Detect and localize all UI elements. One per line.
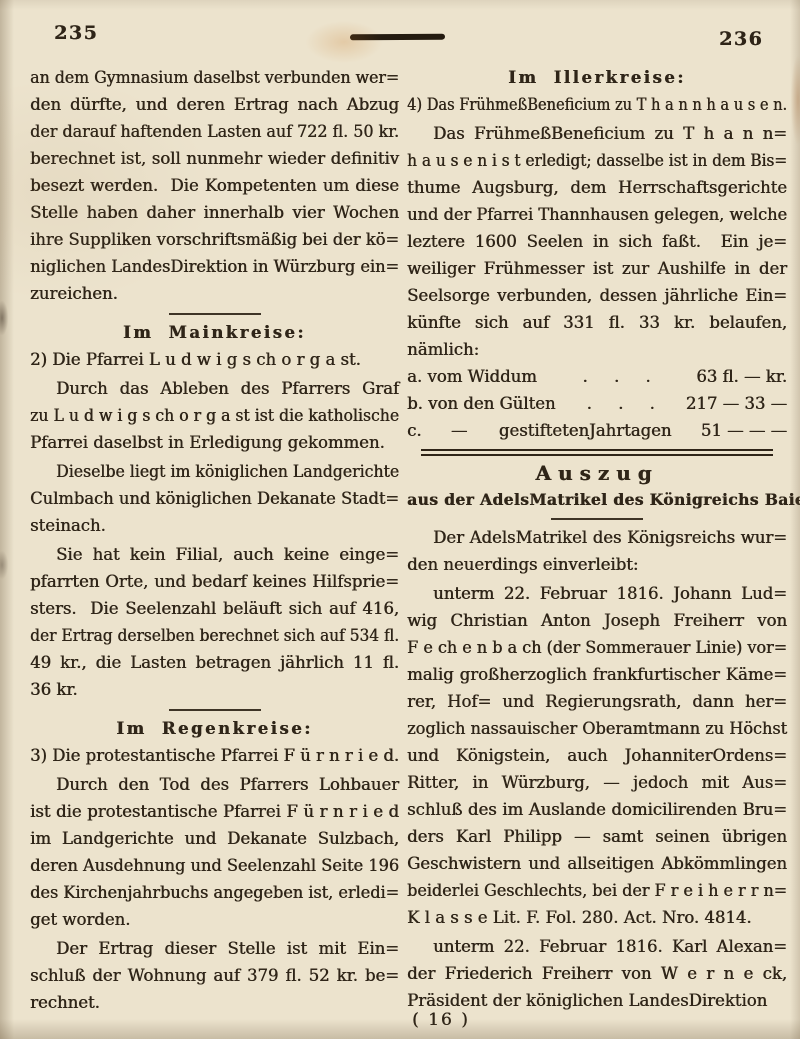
text-line-content: pfarrten Orte, und bedarf keines Hilfspr…: [30, 572, 399, 591]
entry-title-text: 3) Die protestantische Pfarrei F ü r n r…: [30, 742, 399, 769]
column-left: an dem Gymnasium daselbst verbunden wer=…: [30, 64, 399, 1016]
text-line: im Landgerichte und Dekanate Sulzbach,: [30, 825, 399, 852]
text-line-content: beiderlei Geschlechts, bei der F r e i h…: [407, 877, 787, 904]
text-line-content: ist die protestantische Pfarrei F ü r n …: [30, 802, 399, 821]
text-line: ist die protestantische Pfarrei F ü r n …: [30, 798, 399, 825]
text-line: get worden.: [30, 906, 399, 933]
entry-title: 2) Die Pfarrei L u d w i g s ch o r g a …: [30, 346, 399, 373]
text-line: den neuerdings einverleibt:: [407, 551, 787, 578]
text-line: an dem Gymnasium daselbst verbunden wer=: [30, 64, 399, 91]
table-row: a. vom Widdum. . .63 fl. — kr.: [407, 363, 787, 390]
text-line: h a u s e n i s t erledigt; dasselbe ist…: [407, 147, 787, 174]
text-line: Das FrühmeßBeneficium zu T h a n n=: [407, 120, 787, 147]
text-line: besezt werden. Die Kompetenten um diese: [30, 172, 399, 199]
header-rule: [350, 34, 445, 41]
paragraph: Der Ertrag dieser Stelle ist mit Ein=sch…: [30, 935, 399, 1016]
text-line-content: Pfarrei daselbst in Erledigung gekommen.: [30, 433, 385, 452]
table-row: b. von den Gülten. . .217 — 33 —: [407, 390, 787, 417]
text-line-content: Der Ertrag dieser Stelle ist mit Ein=: [56, 939, 399, 958]
table-row: c.— gestiftetenJahrtagen51 — — —: [407, 417, 787, 444]
text-line: niglichen LandesDirektion in Würzburg ei…: [30, 253, 399, 280]
text-line-content: thume Augsburg, dem Herrschaftsgerichte: [407, 178, 787, 197]
text-line-content: unterm 22. Februar 1816. Johann Lud=: [433, 584, 787, 603]
text-line: sters. Die Seelenzahl beläuft sich auf 4…: [30, 595, 399, 622]
text-line-content: sters. Die Seelenzahl beläuft sich auf 4…: [30, 599, 399, 618]
text-line-content: rechnet.: [30, 993, 100, 1012]
text-line: 49 kr., die Lasten betragen jährlich 11 …: [30, 649, 399, 676]
section-divider: [169, 313, 261, 315]
paragraph: Das FrühmeßBeneficium zu T h a n n=h a u…: [407, 120, 787, 363]
text-line-content: deren Ausdehnung und Seelenzahl Seite 19…: [30, 852, 399, 879]
text-line-content: steinach.: [30, 516, 106, 535]
text-line: pfarrten Orte, und bedarf keines Hilfspr…: [30, 568, 399, 595]
text-line: malig großherzoglich frankfurtischer Käm…: [407, 661, 787, 688]
entry-title: 4) Das FrühmeßBeneficium zu T h a n n h …: [407, 91, 787, 118]
text-line-content: Durch das Ableben des Pfarrers Graf: [56, 379, 399, 398]
entry-title-text: 2) Die Pfarrei L u d w i g s ch o r g a …: [30, 350, 361, 369]
page-number-left: 235: [54, 22, 98, 44]
text-line: Der Ertrag dieser Stelle ist mit Ein=: [30, 935, 399, 962]
text-line: zoglich nassauischer Oberamtmann zu Höch…: [407, 715, 787, 742]
text-line: Durch das Ableben des Pfarrers Graf: [30, 375, 399, 402]
text-line-content: und der Pfarrei Thannhausen gelegen, wel…: [407, 201, 787, 228]
text-line-content: Sie hat kein Filial, auch keine einge=: [56, 545, 399, 564]
text-line: deren Ausdehnung und Seelenzahl Seite 19…: [30, 852, 399, 879]
text-line: Sie hat kein Filial, auch keine einge=: [30, 541, 399, 568]
paragraph: unterm 22. Februar 1816. Johann Lud=wig …: [407, 580, 787, 931]
paragraph: an dem Gymnasium daselbst verbunden wer=…: [30, 64, 399, 307]
text-line-content: rer, Hof= und Regierungsrath, dann her=: [407, 692, 787, 711]
text-line-content: den dürfte, und deren Ertrag nach Abzug: [30, 95, 399, 114]
text-line: der Ertrag derselben berechnet sich auf …: [30, 622, 399, 649]
text-line-content: im Landgerichte und Dekanate Sulzbach,: [30, 829, 399, 848]
table-cell-label: b. von den Gülten: [407, 390, 555, 417]
text-line-content: der darauf haftenden Lasten auf 722 fl. …: [30, 118, 399, 145]
text-line: beiderlei Geschlechts, bei der F r e i h…: [407, 877, 787, 904]
text-line-content: Ritter, in Würzburg, — jedoch mit Aus=: [407, 773, 787, 792]
text-line-content: unterm 22. Februar 1816. Karl Alexan=: [433, 937, 787, 956]
text-line-content: Durch den Tod des Pfarrers Lohbauer: [56, 775, 399, 794]
text-line-content: Dieselbe liegt im königlichen Landgerich…: [56, 458, 399, 485]
text-line: leztere 1600 Seelen in sich faßt. Ein je…: [407, 228, 787, 255]
paragraph: Der AdelsMatrikel des Königsreichs wur=d…: [407, 524, 787, 578]
text-line: thume Augsburg, dem Herrschaftsgerichte: [407, 174, 787, 201]
text-line-content: 36 kr.: [30, 680, 78, 699]
text-line: Dieselbe liegt im königlichen Landgerich…: [30, 458, 399, 485]
text-line: steinach.: [30, 512, 399, 539]
text-line-content: und Königstein, auch JohanniterOrdens=: [407, 746, 787, 765]
text-line: Durch den Tod des Pfarrers Lohbauer: [30, 771, 399, 798]
text-line: Stelle haben daher innerhalb vier Wochen: [30, 199, 399, 226]
text-line: und Königstein, auch JohanniterOrdens=: [407, 742, 787, 769]
double-divider: [421, 449, 773, 456]
table-cell-leaders: — gestiftetenJahrtagen: [422, 417, 701, 444]
paragraph: Dieselbe liegt im königlichen Landgerich…: [30, 458, 399, 539]
entry-title-text: 4) Das FrühmeßBeneficium zu T h a n n h …: [407, 91, 787, 118]
text-line-content: nämlich:: [407, 340, 479, 359]
text-line: zureichen.: [30, 280, 399, 307]
text-line-content: der Ertrag derselben berechnet sich auf …: [30, 622, 399, 649]
section-divider: [551, 518, 643, 520]
revenue-table: a. vom Widdum. . .63 fl. — kr.b. von den…: [407, 363, 787, 444]
text-line: rechnet.: [30, 989, 399, 1016]
text-line-content: get worden.: [30, 910, 130, 929]
text-line-content: malig großherzoglich frankfurtischer Käm…: [407, 665, 787, 684]
text-line: Der AdelsMatrikel des Königsreichs wur=: [407, 524, 787, 551]
text-line-content: ders Karl Philipp — samt seinen übrigen: [407, 827, 787, 846]
text-line-content: schluß der Wohnung auf 379 fl. 52 kr. be…: [30, 966, 399, 985]
entry-title: 3) Die protestantische Pfarrei F ü r n r…: [30, 742, 399, 769]
text-line: der Friederich Freiherr von W e r n e ck…: [407, 960, 787, 987]
text-line: nämlich:: [407, 336, 787, 363]
table-cell-leaders: . . .: [537, 363, 696, 390]
text-line: weiliger Frühmesser ist zur Aushilfe in …: [407, 255, 787, 282]
text-line-content: Stelle haben daher innerhalb vier Wochen: [30, 203, 399, 222]
text-line-content: niglichen LandesDirektion in Würzburg ei…: [30, 253, 399, 280]
table-cell-value: 217 — 33 —: [686, 390, 787, 417]
text-line-content: h a u s e n i s t erledigt; dasselbe ist…: [407, 147, 787, 174]
text-line-content: zu L u d w i g s ch o r g a st ist die k…: [30, 402, 399, 429]
text-line-content: an dem Gymnasium daselbst verbunden wer=: [30, 64, 399, 91]
signature-mark: ( 16 ): [412, 1010, 470, 1030]
table-cell-label: a. vom Widdum: [407, 363, 537, 390]
section-divider: [169, 709, 261, 711]
column-right: Im Illerkreise:4) Das FrühmeßBeneficium …: [407, 64, 787, 1014]
text-line: wig Christian Anton Joseph Freiherr von: [407, 607, 787, 634]
text-line: zu L u d w i g s ch o r g a st ist die k…: [30, 402, 399, 429]
text-line: unterm 22. Februar 1816. Karl Alexan=: [407, 933, 787, 960]
text-line: F e ch e n b a ch (der Sommerauer Linie)…: [407, 634, 787, 661]
text-line: und der Pfarrei Thannhausen gelegen, wel…: [407, 201, 787, 228]
text-line-content: Culmbach und königlichen Dekanate Stadt=: [30, 485, 399, 512]
text-line: der darauf haftenden Lasten auf 722 fl. …: [30, 118, 399, 145]
paragraph: Sie hat kein Filial, auch keine einge=pf…: [30, 541, 399, 703]
text-line: berechnet ist, soll nunmehr wieder defin…: [30, 145, 399, 172]
text-line: K l a s s e Lit. F. Fol. 280. Act. Nro. …: [407, 904, 787, 931]
text-line-content: weiliger Frühmesser ist zur Aushilfe in …: [407, 259, 787, 278]
text-line: des Kirchenjahrbuchs angegeben ist, erle…: [30, 879, 399, 906]
text-line: Geschwistern und allseitigen Abkömmlinge…: [407, 850, 787, 877]
text-line-content: zoglich nassauischer Oberamtmann zu Höch…: [407, 715, 787, 742]
text-line-content: leztere 1600 Seelen in sich faßt. Ein je…: [407, 232, 787, 251]
text-line: schluß der Wohnung auf 379 fl. 52 kr. be…: [30, 962, 399, 989]
section-heading: Im Mainkreise:: [30, 319, 399, 346]
text-line-content: Geschwistern und allseitigen Abkömmlinge…: [407, 854, 787, 873]
text-line: Seelsorge verbunden, dessen jährliche Ei…: [407, 282, 787, 309]
paragraph: unterm 22. Februar 1816. Karl Alexan=der…: [407, 933, 787, 1014]
section-heading: Im Illerkreise:: [407, 64, 787, 91]
text-line-content: Der AdelsMatrikel des Königsreichs wur=: [433, 528, 787, 547]
text-line-content: schluß des im Auslande domicilirenden Br…: [407, 800, 787, 819]
section-heading: Im Regenkreise:: [30, 715, 399, 742]
table-cell-leaders: . . .: [555, 390, 685, 417]
text-line: künfte sich auf 331 fl. 33 kr. belaufen,: [407, 309, 787, 336]
text-line-content: F e ch e n b a ch (der Sommerauer Linie)…: [407, 634, 787, 661]
section-subtitle: aus der AdelsMatrikel des Königreichs Ba…: [407, 488, 787, 512]
text-line: ders Karl Philipp — samt seinen übrigen: [407, 823, 787, 850]
text-line: Pfarrei daselbst in Erledigung gekommen.: [30, 429, 399, 456]
text-line-content: 49 kr., die Lasten betragen jährlich 11 …: [30, 653, 399, 672]
text-line: den dürfte, und deren Ertrag nach Abzug: [30, 91, 399, 118]
table-cell-value: 51 — — —: [701, 417, 787, 444]
text-line-content: zureichen.: [30, 284, 118, 303]
text-line-content: Das FrühmeßBeneficium zu T h a n n=: [433, 124, 787, 143]
text-line-content: ihre Suppliken vorschriftsmäßig bei der …: [30, 226, 399, 253]
text-line: ihre Suppliken vorschriftsmäßig bei der …: [30, 226, 399, 253]
text-line-content: den neuerdings einverleibt:: [407, 555, 638, 574]
text-line-content: der Friederich Freiherr von W e r n e ck…: [407, 964, 787, 983]
table-cell-value: 63 fl. — kr.: [696, 363, 787, 390]
text-line-content: künfte sich auf 331 fl. 33 kr. belaufen,: [407, 313, 787, 332]
text-line-content: Präsident der königlichen LandesDirektio…: [407, 991, 767, 1010]
text-line: Culmbach und königlichen Dekanate Stadt=: [30, 485, 399, 512]
paragraph: Durch das Ableben des Pfarrers Grafzu L …: [30, 375, 399, 456]
text-line: rer, Hof= und Regierungsrath, dann her=: [407, 688, 787, 715]
paragraph: Durch den Tod des Pfarrers Lohbauerist d…: [30, 771, 399, 933]
text-line: Ritter, in Würzburg, — jedoch mit Aus=: [407, 769, 787, 796]
text-line: 36 kr.: [30, 676, 399, 703]
text-line-content: des Kirchenjahrbuchs angegeben ist, erle…: [30, 879, 399, 906]
table-cell-label: c.: [407, 417, 422, 444]
page-scan: 235 236 an dem Gymnasium daselbst verbun…: [0, 0, 800, 1039]
text-line-content: K l a s s e Lit. F. Fol. 280. Act. Nro. …: [407, 908, 752, 927]
text-line-content: wig Christian Anton Joseph Freiherr von: [407, 611, 787, 630]
text-line-content: berechnet ist, soll nunmehr wieder defin…: [30, 149, 399, 168]
text-line: unterm 22. Februar 1816. Johann Lud=: [407, 580, 787, 607]
section-title: Auszug: [407, 459, 787, 488]
text-line-content: besezt werden. Die Kompetenten um diese: [30, 176, 399, 195]
text-line: schluß des im Auslande domicilirenden Br…: [407, 796, 787, 823]
text-line-content: Seelsorge verbunden, dessen jährliche Ei…: [407, 286, 787, 305]
page-number-right: 236: [719, 28, 763, 50]
